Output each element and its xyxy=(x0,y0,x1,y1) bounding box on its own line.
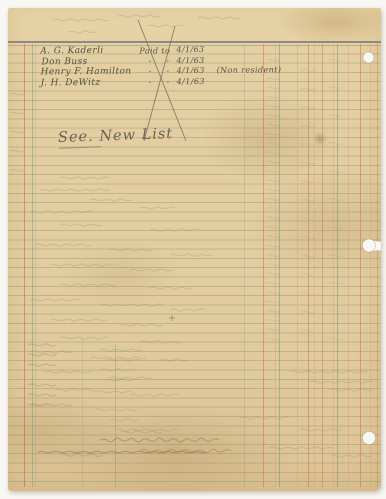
column-line xyxy=(370,44,371,487)
entry-date: 4/1/63 xyxy=(176,45,204,54)
entry-status: Paid to xyxy=(139,46,170,55)
column-line xyxy=(314,44,315,487)
column-line xyxy=(24,44,25,487)
entry-status: - - xyxy=(149,77,170,86)
entry-name: J. H. DeWitz xyxy=(41,77,101,88)
column-line xyxy=(275,44,276,487)
column-line xyxy=(337,44,338,487)
entry-status: - - xyxy=(149,66,170,75)
column-line xyxy=(360,44,361,487)
entry-name: Henry F. Hamilton xyxy=(41,66,132,77)
entry-date: 4/1/63 xyxy=(177,76,205,85)
column-line xyxy=(35,44,36,487)
column-line xyxy=(32,44,33,487)
column-line xyxy=(297,44,298,487)
column-line xyxy=(82,338,83,487)
entry-name: A. G. Kaderli xyxy=(40,46,103,57)
column-line xyxy=(244,44,245,487)
entry-name: Don Buss xyxy=(41,56,87,66)
ledger-page: A. G. Kaderli Paid to 4/1/63 Don Buss - … xyxy=(8,8,381,491)
entry-list: A. G. Kaderli Paid to 4/1/63 Don Buss - … xyxy=(8,6,381,9)
entry-note: (Non resident) xyxy=(217,65,282,75)
entry-date: 4/1/63 xyxy=(177,65,205,74)
column-line xyxy=(308,44,309,487)
column-line xyxy=(377,44,378,487)
header-rule-line xyxy=(8,41,381,43)
horizontal-ruled-lines xyxy=(8,45,381,487)
column-line xyxy=(322,44,323,487)
column-line xyxy=(279,44,280,487)
column-line xyxy=(333,44,334,487)
column-line xyxy=(263,44,264,487)
entry-date: 4/1/63 xyxy=(176,55,204,64)
scanned-document-view: A. G. Kaderli Paid to 4/1/63 Don Buss - … xyxy=(0,0,386,499)
column-line xyxy=(348,44,349,487)
entry-status: - - xyxy=(148,56,169,65)
column-line xyxy=(115,344,116,487)
